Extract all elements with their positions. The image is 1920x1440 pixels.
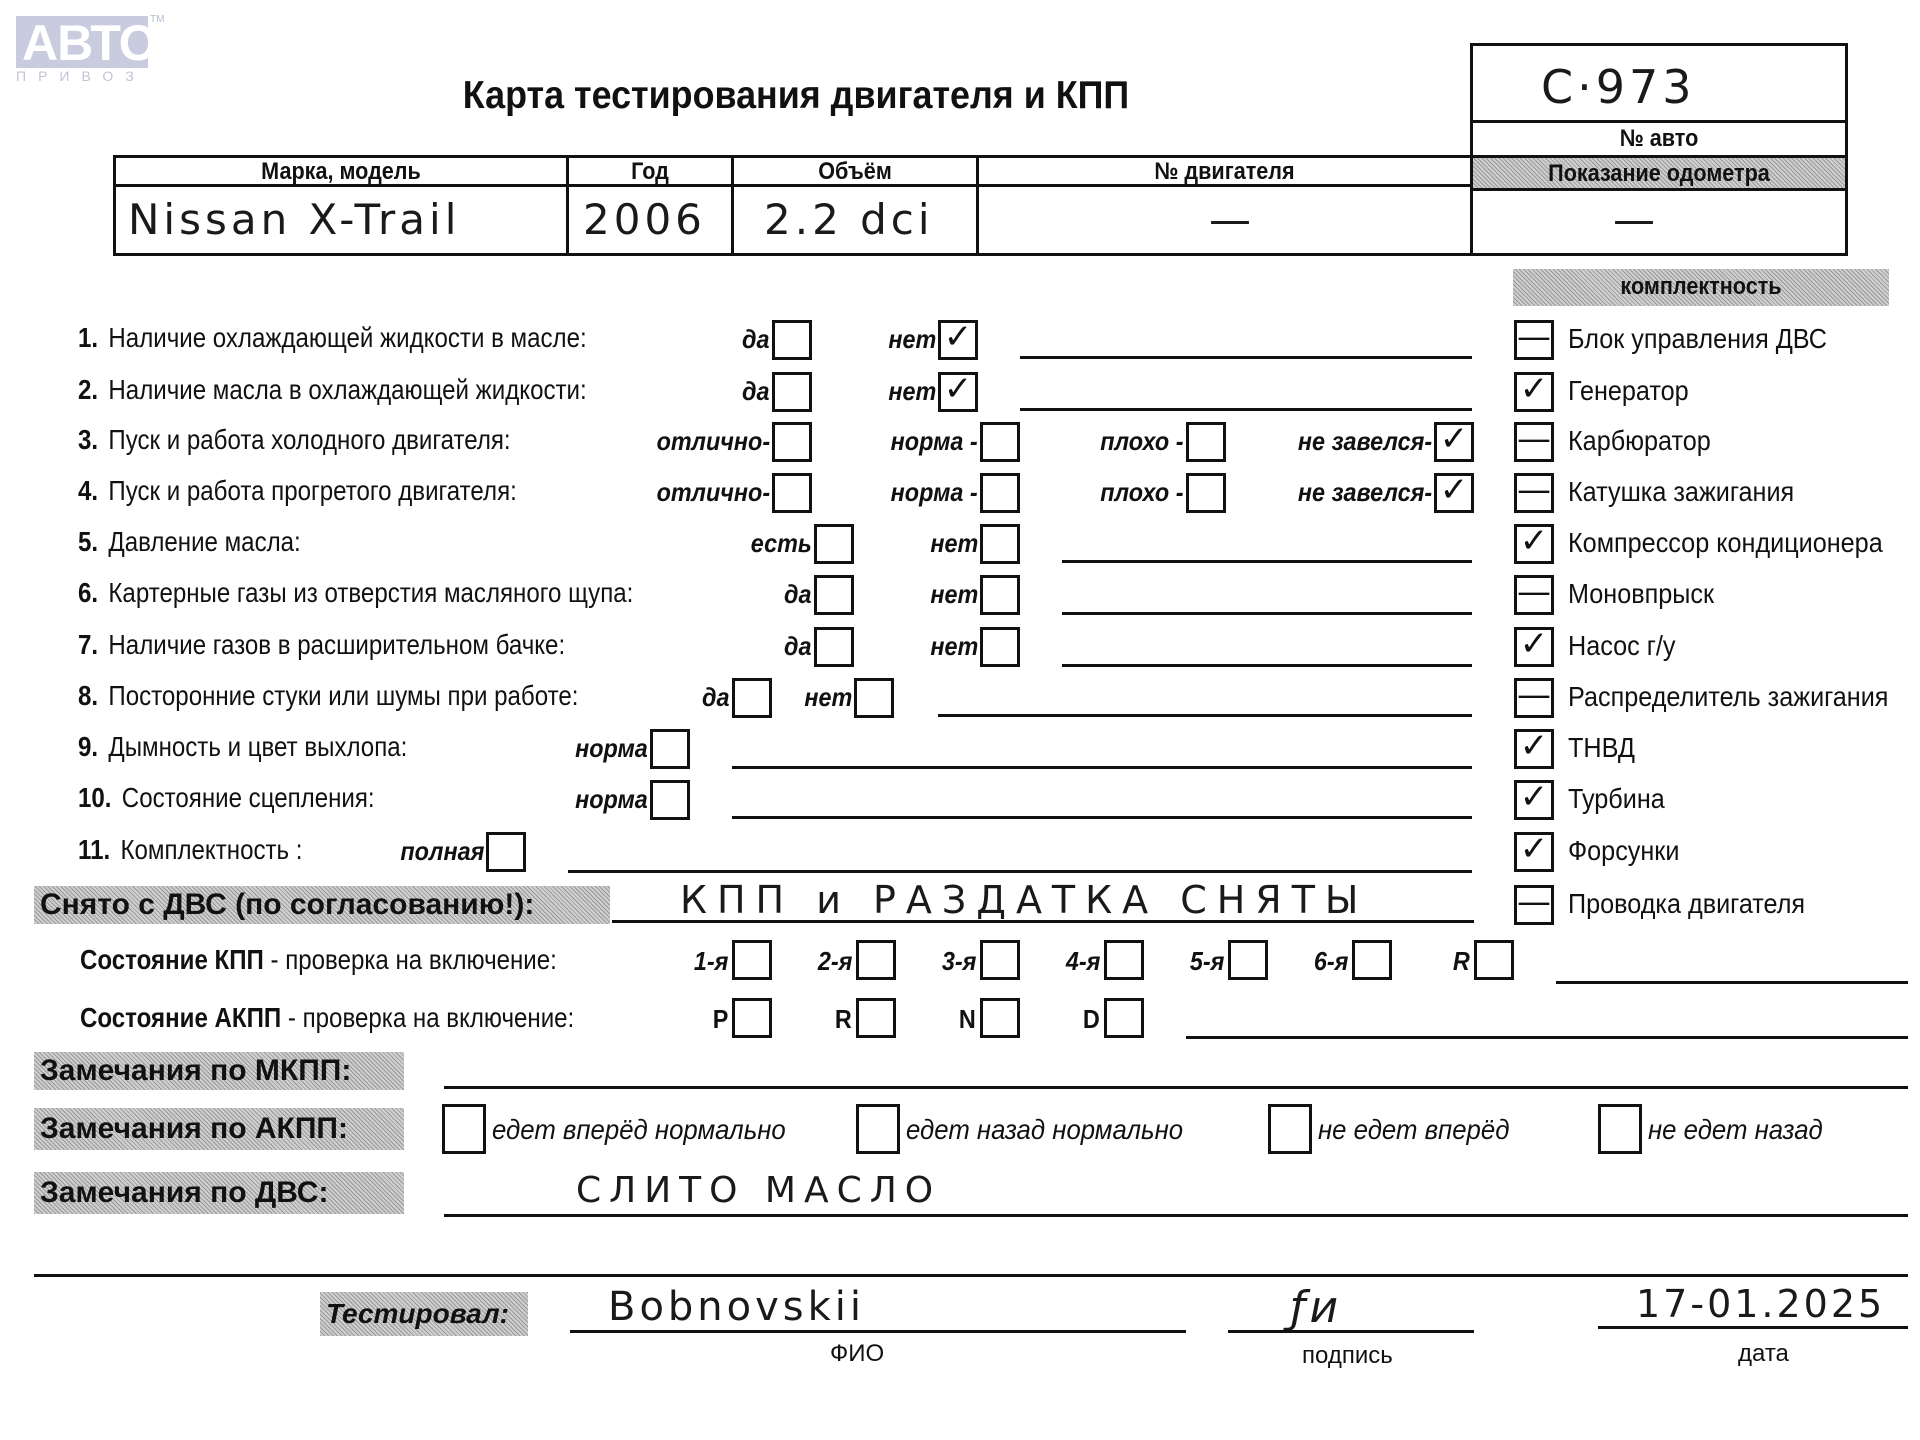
gear-checkbox[interactable]: [1228, 940, 1268, 980]
option-checkbox[interactable]: [814, 575, 854, 615]
option-checkbox[interactable]: [980, 473, 1020, 513]
kit-title: комплектность: [1532, 269, 1870, 301]
date-caption: дата: [1738, 1340, 1789, 1368]
option-checkbox[interactable]: ✓: [1434, 422, 1474, 462]
option-checkbox[interactable]: [980, 524, 1020, 564]
auto-remark-checkbox[interactable]: [1268, 1104, 1312, 1154]
check-number: 2.: [78, 374, 98, 405]
gear-checkbox[interactable]: [980, 940, 1020, 980]
remarks-auto-label: Замечания по АКПП:: [34, 1108, 404, 1150]
kit-checkbox[interactable]: —: [1514, 473, 1554, 513]
check-mark: —: [1517, 470, 1551, 510]
kit-checkbox[interactable]: ✓: [1514, 832, 1554, 872]
gear-label: 1-я: [693, 946, 728, 977]
remarks-manual-label: Замечания по МКПП:: [34, 1052, 404, 1090]
check-number: 10.: [78, 782, 111, 813]
kit-checkbox[interactable]: —: [1514, 575, 1554, 615]
check-mark: —: [1517, 882, 1551, 922]
kit-item-label: Генератор: [1568, 375, 1689, 407]
kit-checkbox[interactable]: —: [1514, 885, 1554, 925]
option-checkbox[interactable]: [980, 575, 1020, 615]
check-mark: ✓: [941, 369, 975, 409]
option-label: норма -: [891, 477, 978, 508]
check-mark: ✓: [1517, 777, 1551, 817]
check-text: Комплектность :: [120, 834, 302, 865]
header-engine-number: № двигателя: [1004, 158, 1446, 186]
header-year: Год: [577, 158, 723, 186]
auto-remark-label: не едет назад: [1648, 1114, 1823, 1146]
option-checkbox[interactable]: [814, 524, 854, 564]
auto-remark-checkbox[interactable]: [442, 1104, 486, 1154]
kit-item-label: Катушка зажигания: [1568, 476, 1794, 508]
option-checkbox[interactable]: ✓: [938, 320, 978, 360]
auto-remark-label: едет назад нормально: [906, 1114, 1183, 1146]
option-checkbox[interactable]: [772, 473, 812, 513]
gear-label: 4-я: [1065, 946, 1100, 977]
option-checkbox[interactable]: [486, 832, 526, 872]
option-label: да: [743, 376, 770, 407]
make-model-value[interactable]: Nissan X-Trail: [128, 195, 460, 244]
check-text: Наличие газов в расширительном бачке:: [108, 629, 565, 660]
check-label: 1.Наличие охлаждающей жидкости в масле:: [78, 322, 587, 354]
remarks-engine-label: Замечания по ДВС:: [34, 1172, 404, 1214]
manual-gearbox-label: Состояние КПП - проверка на включение:: [80, 944, 557, 976]
check-text: Давление масла:: [108, 526, 300, 557]
notes-line[interactable]: [1062, 664, 1472, 667]
option-checkbox[interactable]: ✓: [938, 372, 978, 412]
auto-gearbox-underline: [1186, 1036, 1908, 1039]
mode-label: P: [712, 1004, 728, 1035]
kit-header: комплектность: [1513, 269, 1889, 306]
removed-value[interactable]: КПП и РАЗДАТКА СНЯТЫ: [680, 878, 1368, 922]
option-label: нет: [888, 324, 936, 355]
gear-label: 5-я: [1189, 946, 1224, 977]
option-checkbox[interactable]: [980, 627, 1020, 667]
check-mark: ✓: [1437, 419, 1471, 459]
page-title: Карта тестирования двигателя и КПП: [64, 74, 1529, 118]
logo-trademark: TM: [150, 14, 164, 25]
mode-checkbox[interactable]: [1104, 998, 1144, 1038]
gear-label: 2-я: [817, 946, 852, 977]
notes-line[interactable]: [732, 766, 1472, 769]
check-text: Пуск и работа холодного двигателя:: [108, 424, 510, 455]
kit-checkbox[interactable]: ✓: [1514, 372, 1554, 412]
check-mark: ✓: [941, 317, 975, 357]
check-label: 4.Пуск и работа прогретого двигателя:: [78, 475, 517, 507]
notes-line[interactable]: [1020, 408, 1472, 411]
notes-line[interactable]: [1062, 560, 1472, 563]
test-date[interactable]: 17-01.2025: [1636, 1282, 1885, 1326]
kit-checkbox[interactable]: —: [1514, 422, 1554, 462]
date-line: [1598, 1326, 1908, 1329]
removed-underline: [612, 920, 1474, 923]
logo: АВТО: [16, 16, 148, 68]
gear-checkbox[interactable]: [1104, 940, 1144, 980]
option-checkbox[interactable]: [1186, 422, 1226, 462]
signature-caption: подпись: [1302, 1342, 1393, 1370]
check-number: 7.: [78, 629, 98, 660]
tested-label-box: Тестировал:: [320, 1292, 528, 1336]
kit-checkbox[interactable]: ✓: [1514, 729, 1554, 769]
check-number: 6.: [78, 577, 98, 608]
header-make-model: Марка, модель: [139, 158, 544, 186]
name-line: [570, 1330, 1186, 1333]
check-mark: ✓: [1517, 369, 1551, 409]
notes-line[interactable]: [1062, 612, 1472, 615]
kit-item-label: Моновпрыск: [1568, 578, 1714, 610]
check-mark: —: [1517, 317, 1551, 357]
check-text: Наличие охлаждающей жидкости в масле:: [108, 322, 586, 353]
remarks-engine-line: [444, 1214, 1908, 1217]
option-label: нет: [888, 376, 936, 407]
check-label: 10.Состояние сцепления:: [78, 782, 375, 814]
notes-line[interactable]: [938, 714, 1472, 717]
check-mark: ✓: [1517, 521, 1551, 561]
option-checkbox[interactable]: [650, 729, 690, 769]
kit-checkbox[interactable]: ✓: [1514, 627, 1554, 667]
check-mark: —: [1517, 419, 1551, 459]
mode-label: R: [835, 1004, 852, 1035]
tester-name[interactable]: Bobnovskii: [608, 1284, 865, 1330]
mode-checkbox[interactable]: [732, 998, 772, 1038]
kit-checkbox[interactable]: —: [1514, 320, 1554, 360]
mode-label: N: [959, 1004, 976, 1035]
kit-item-label: Блок управления ДВС: [1568, 323, 1827, 355]
option-checkbox[interactable]: [650, 780, 690, 820]
mode-label: D: [1083, 1004, 1100, 1035]
manual-gearbox-underline: [1556, 981, 1908, 984]
option-label: плохо -: [1101, 477, 1184, 508]
option-label: отлично-: [656, 426, 770, 457]
check-text: Пуск и работа прогретого двигателя:: [108, 475, 516, 506]
gear-checkbox[interactable]: [856, 940, 896, 980]
year-value[interactable]: 2006: [583, 195, 706, 244]
footer-divider: [34, 1274, 1908, 1277]
check-text: Наличие масла в охлаждающей жидкости:: [108, 374, 586, 405]
odometer-label: Показание одометра: [1492, 158, 1827, 188]
check-label: 7.Наличие газов в расширительном бачке:: [78, 629, 565, 661]
check-mark: ✓: [1517, 624, 1551, 664]
option-checkbox[interactable]: [854, 678, 894, 718]
check-mark: ✓: [1517, 726, 1551, 766]
option-checkbox[interactable]: [980, 422, 1020, 462]
notes-line[interactable]: [568, 870, 1472, 873]
option-label: норма -: [891, 426, 978, 457]
option-checkbox[interactable]: [772, 372, 812, 412]
check-mark: —: [1517, 675, 1551, 715]
auto-gearbox-label: Состояние АКПП - проверка на включение:: [80, 1002, 574, 1034]
check-number: 9.: [78, 731, 98, 762]
car-number-label: № авто: [1492, 123, 1827, 153]
check-number: 1.: [78, 322, 98, 353]
notes-line[interactable]: [1020, 356, 1472, 359]
kit-checkbox[interactable]: ✓: [1514, 524, 1554, 564]
option-checkbox[interactable]: [772, 422, 812, 462]
remarks-manual-line[interactable]: [444, 1086, 1908, 1089]
option-label: не завелся-: [1298, 426, 1432, 457]
check-label: 3.Пуск и работа холодного двигателя:: [78, 424, 511, 456]
check-number: 8.: [78, 680, 98, 711]
gear-label: 3-я: [941, 946, 976, 977]
option-label: нет: [930, 579, 978, 610]
gear-label: 6-я: [1313, 946, 1348, 977]
check-number: 3.: [78, 424, 98, 455]
kit-checkbox[interactable]: —: [1514, 678, 1554, 718]
check-label: 2.Наличие масла в охлаждающей жидкости:: [78, 374, 587, 406]
option-label: нет: [804, 682, 852, 713]
option-label: да: [785, 631, 812, 662]
mode-checkbox[interactable]: [980, 998, 1020, 1038]
gear-checkbox[interactable]: [1474, 940, 1514, 980]
check-mark: ✓: [1437, 470, 1471, 510]
kit-item-label: Проводка двигателя: [1568, 888, 1805, 920]
check-text: Дымность и цвет выхлопа:: [108, 731, 407, 762]
signature[interactable]: ƒи: [1290, 1282, 1342, 1333]
volume-value[interactable]: 2.2 dci: [764, 195, 934, 244]
option-checkbox[interactable]: ✓: [1434, 473, 1474, 513]
option-label: норма: [575, 784, 648, 815]
check-number: 4.: [78, 475, 98, 506]
odometer-value[interactable]: —: [1613, 195, 1659, 244]
kit-item-label: Карбюратор: [1568, 425, 1711, 457]
check-label: 8.Посторонние стуки или шумы при работе:: [78, 680, 578, 712]
option-label: не завелся-: [1298, 477, 1432, 508]
gear-label: R: [1453, 946, 1470, 977]
option-checkbox[interactable]: [772, 320, 812, 360]
option-label: полная: [400, 836, 484, 867]
option-label: нет: [930, 528, 978, 559]
auto-remark-checkbox[interactable]: [1598, 1104, 1642, 1154]
check-label: 5.Давление масла:: [78, 526, 301, 558]
option-checkbox[interactable]: [1186, 473, 1226, 513]
kit-checkbox[interactable]: ✓: [1514, 780, 1554, 820]
check-text: Состояние сцепления:: [122, 782, 375, 813]
logo-text: АВТО: [22, 14, 157, 72]
car-number-value[interactable]: С·973: [1541, 60, 1696, 114]
option-label: есть: [751, 528, 812, 559]
kit-item-label: Форсунки: [1568, 835, 1679, 867]
kit-item-label: Турбина: [1568, 783, 1665, 815]
check-number: 5.: [78, 526, 98, 557]
option-label: норма: [575, 733, 648, 764]
removed-label: Снято с ДВС (по согласованию!):: [34, 886, 610, 924]
kit-item-label: Компрессор кондиционера: [1568, 527, 1883, 559]
name-caption: ФИО: [830, 1340, 884, 1368]
check-mark: —: [1517, 572, 1551, 612]
header-volume: Объём: [746, 158, 964, 186]
kit-item-label: Распределитель зажигания: [1568, 681, 1888, 713]
kit-item-label: ТНВД: [1568, 732, 1635, 764]
remarks-engine-value[interactable]: СЛИТО МАСЛО: [576, 1170, 941, 1211]
option-checkbox[interactable]: [814, 627, 854, 667]
option-label: нет: [930, 631, 978, 662]
auto-remark-label: едет вперёд нормально: [492, 1114, 786, 1146]
check-label: 11.Комплектность :: [78, 834, 302, 866]
auto-remark-checkbox[interactable]: [856, 1104, 900, 1154]
tested-label: Тестировал:: [320, 1292, 528, 1336]
option-label: да: [785, 579, 812, 610]
option-label: да: [743, 324, 770, 355]
notes-line[interactable]: [732, 816, 1472, 819]
mode-checkbox[interactable]: [856, 998, 896, 1038]
check-text: Картерные газы из отверстия масляного щу…: [108, 577, 633, 608]
check-label: 9.Дымность и цвет выхлопа:: [78, 731, 407, 763]
gear-checkbox[interactable]: [1352, 940, 1392, 980]
option-label: отлично-: [656, 477, 770, 508]
gear-checkbox[interactable]: [732, 940, 772, 980]
engine-number-value[interactable]: —: [1209, 195, 1255, 244]
check-text: Посторонние стуки или шумы при работе:: [108, 680, 578, 711]
kit-item-label: Насос г/у: [1568, 630, 1676, 662]
option-checkbox[interactable]: [732, 678, 772, 718]
check-number: 11.: [78, 834, 110, 865]
signature-line: [1228, 1330, 1474, 1333]
option-label: плохо -: [1101, 426, 1184, 457]
check-label: 6.Картерные газы из отверстия масляного …: [78, 577, 633, 609]
auto-remark-label: не едет вперёд: [1318, 1114, 1509, 1146]
option-label: да: [703, 682, 730, 713]
check-mark: ✓: [1517, 829, 1551, 869]
